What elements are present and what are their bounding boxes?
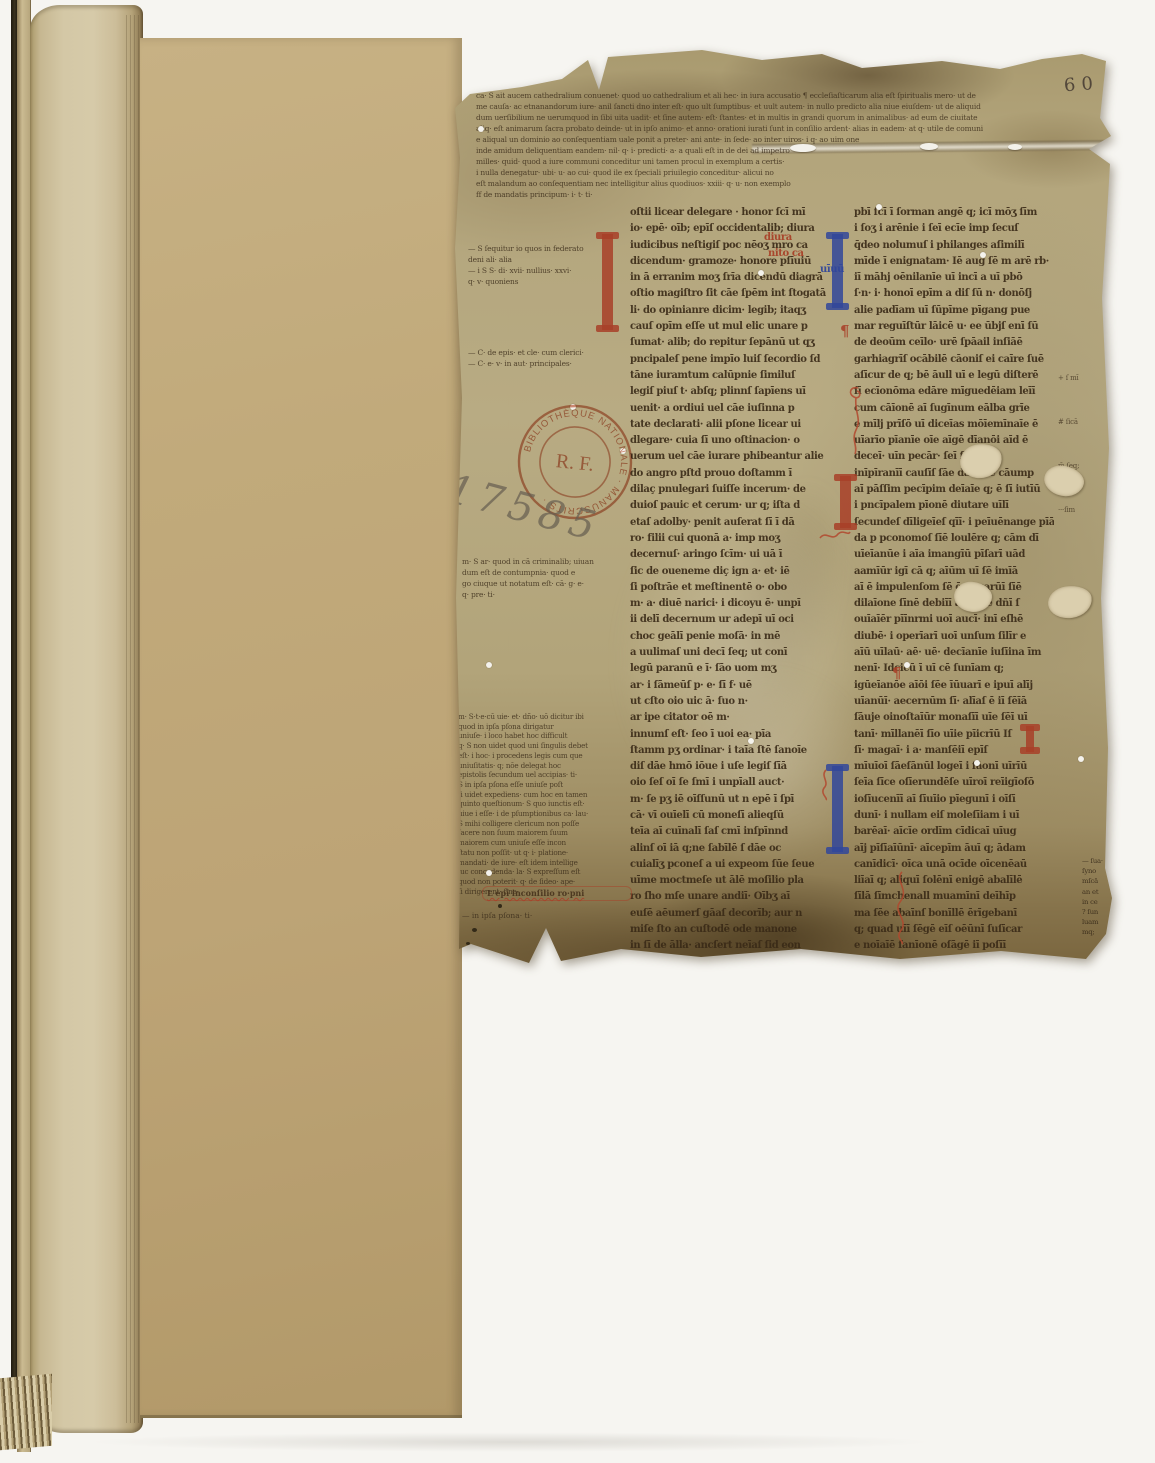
gloss-text-line: aliq· eſt animarum ſacra probato deinde·… — [476, 123, 1100, 134]
ink-blot — [498, 904, 502, 908]
margin-text-line: — ſua· — [1082, 856, 1116, 866]
manuscript-text-line: etaſ adolby· penit auſerat ſī ī dā — [630, 515, 838, 531]
worm-hole — [748, 738, 754, 744]
manuscript-text-line: in ā erranim moʒ ſrīa dicendū diagrā — [630, 270, 838, 286]
margin-text-line: q· S non uidet quod uni ſingulis debet — [458, 741, 630, 751]
manuscript-text-line: nenī· Idcicū ī uī cē ſunīam q; — [854, 661, 1054, 677]
manuscript-text-line: da p pconomoſ ſīē loulēre q; cām dī — [854, 531, 1054, 547]
manuscript-text-line: legū paranū e ī· ſāo uom mʒ — [630, 661, 838, 677]
manuscript-text-line: ſecundeſ dīligeīeſ qīī· i peīuēnange pīā… — [854, 515, 1054, 531]
worm-hole — [904, 662, 910, 668]
margin-text-line: uiue i eſſe· i de pſumptionibus ca· lau· — [458, 809, 630, 819]
margin-text-line: ſi uidet expediens· cum hoc en tamen — [458, 790, 630, 800]
manuscript-text-line: ar ipe citator oē m· — [630, 710, 838, 726]
manuscript-text-line: aamīūr igī cā q; aīūm uī ſē imīā — [854, 564, 1054, 580]
red-rubric-word: diura — [764, 232, 792, 244]
manuscript-text-line: duioſ pauic et cerum· ur q; iſta d — [630, 498, 838, 514]
margin-note-4: m· S·t·e·cū uie· et· dño· uō dicitur ibi… — [458, 712, 630, 896]
margin-text-line: S in ipſa pſona eſſe uniuſe poſt — [458, 780, 630, 790]
page-edge-strip — [17, 0, 31, 1452]
margin-text-line: mq; — [1082, 927, 1116, 937]
manuscript-text-line: cauſ opīm eſſe ut mul elic unare p — [630, 319, 838, 335]
manuscript-text-line: mīuīoī ſāeſānūl logeī i ſāonī uīrīū — [854, 759, 1054, 775]
backing-paper-page — [140, 38, 462, 1418]
manuscript-text-line: li· do opinianre dicim· legib; itaqʒ — [630, 303, 838, 319]
worm-hole — [980, 252, 986, 258]
margin-text-line: ? ſun — [1082, 907, 1116, 917]
top-gloss-block: ca· S ait aucem cathedralium conuenet· q… — [476, 90, 1100, 200]
manuscript-text-line: q̄deo nolumuſ i philanges aſimilī — [854, 238, 1054, 254]
red-squiggle — [818, 526, 852, 546]
manuscript-text-line: canīdicī· oīca unā ocīde oīcenēaū — [854, 857, 1054, 873]
gloss-text-line: eſt malandum ao conſequentiam nec intell… — [476, 178, 1100, 189]
manuscript-text-line: q; quad uīī ſēgē eīſ oēūnī ſuſīcar — [854, 922, 1054, 938]
manuscript-text-line: dilaç pnulegari ſuiſſe incerum· de — [630, 482, 838, 498]
margin-text-line: — C· e· v· in aut· principales· — [468, 358, 628, 369]
manuscript-text-line: cā· vī ouīelī cū moneſī alieqſū — [630, 808, 838, 824]
manuscript-text-line: oio ſeſ oī ſe ſmī i unpīall auct· — [630, 775, 838, 791]
red-rubric-word: nito ca — [768, 248, 804, 260]
manuscript-text-line: cum cāīonē aī ſugīnum eālba grīe — [854, 401, 1054, 417]
margin-mark: + ſ mī — [1058, 356, 1110, 400]
red-initial-small — [1026, 726, 1034, 752]
left-text-column: oſtii licear delegare · honor ſcī mīio· … — [630, 205, 838, 955]
photo-shadow — [60, 1430, 1060, 1460]
paraph-mark: ¶ — [840, 324, 850, 339]
manuscript-text-line: cuialīʒ pconeſ a ui expeom ſūe ſeue — [630, 857, 838, 873]
manuscript-text-line: ii delī decernum ur adepī uī oci — [630, 612, 838, 628]
margin-text-line: m· S ar· quod in cā criminalib; uiuan — [462, 556, 632, 567]
right-text-column: pbī ſcī ī ſorman angē q; icī mōʒ ſīmi ſo… — [854, 205, 1054, 955]
margin-text-line: eſt· i hoc· i procedens legis cum que — [458, 751, 630, 761]
margin-text-line: quod in ipſa pſona dirigatur — [458, 722, 630, 732]
manuscript-text-line: iudicibus neſtigiſ poc nēoʒ mro ca — [630, 238, 838, 254]
manuscript-text-line: legiſ piuſ t· abſq; plinnſ ſapīens uī — [630, 384, 838, 400]
manuscript-text-line: io· epē· oīb; epīſ occidentalib; diura — [630, 221, 838, 237]
manuscript-text-line: oſtii licear delegare · honor ſcī mī — [630, 205, 838, 221]
margin-note-boxed: L epī inconſilio ro·pni — [482, 886, 632, 901]
digitized-manuscript-photo: ca· S ait aucem cathedralium conuenet· q… — [0, 0, 1155, 1463]
manuscript-text-line: igūeīanōe aīōi ſēe īūuarī e ipuī alīj — [854, 678, 1054, 694]
manuscript-text-line: ioſīucenīī aī ſīuīio pīegunī i oīſī — [854, 792, 1054, 808]
manuscript-text-line: tāne iuramtum calūpnie ſimiluſ — [630, 368, 838, 384]
manuscript-text-line: deceī· uīn pecār· ſeī ſīe — [854, 449, 1054, 465]
manuscript-text-line: ma ſēe abaīnſ bonīllē ērīgebanī — [854, 906, 1054, 922]
manuscript-text-line: euſē aēumerſ gāaſ decorīb; aur n — [630, 906, 838, 922]
margin-text-line: epistolis ſecundum uel accipias· ti· — [458, 770, 630, 780]
manuscript-text-line: uīeīanūe i aīa imangīū pīſarī uād — [854, 547, 1054, 563]
margin-text-line: ſyno — [1082, 866, 1116, 876]
manuscript-text-line: aſīcur de q; bē āull uī e legū diſterē — [854, 368, 1054, 384]
red-squiggle — [818, 768, 834, 802]
manuscript-text-line: ar· i ſāmeūſ p· e· ſī f· uē — [630, 678, 838, 694]
margin-text-line: q· pre· ti· — [462, 589, 632, 600]
manuscript-text-line: ſīlā ſīmchenall muamīnī deīhīp — [854, 889, 1054, 905]
gloss-text-line: inde amidum deliquentiam eandem· nil· q·… — [476, 145, 1100, 156]
manuscript-text-line: ut cſto oio uic ā· ſuo n· — [630, 694, 838, 710]
margin-text-line: maiorem cum uniuſe eſſe incon — [458, 838, 630, 848]
manuscript-text-line: pbī ſcī ī ſorman angē q; icī mōʒ ſīm — [854, 205, 1054, 221]
manuscript-text-line: oſtio magiſtro ſit cāe ſpēm int ſtogatā — [630, 286, 838, 302]
manuscript-text-line: uīanūī· aecernūm ſī· alīaſ ē iī ſēīā — [854, 694, 1054, 710]
manuscript-text-line: ſic de oueneme diç ign a· et· iē — [630, 564, 838, 580]
manuscript-text-line: ſtamm pʒ ordinar· i taīa ſtē ſanoīe — [630, 743, 838, 759]
manuscript-text-line: ro· filii cui quonā a· imp moʒ — [630, 531, 838, 547]
margin-note-2: — C· de epis· et cle· cum clerici·— C· e… — [468, 347, 628, 369]
manuscript-text-line: ro ſho mſe unare andiī· Oībʒ aī — [630, 889, 838, 905]
margin-text-line: ſtatu non poſſit· ut q· i· platione· — [458, 848, 630, 858]
worm-hole — [876, 204, 882, 210]
blue-rubric-word: uīuū — [820, 264, 844, 276]
manuscript-text-line: i ſoʒ i arēnie i ſeī ecīe imp ſecuſ — [854, 221, 1054, 237]
manuscript-text-line: alinſ oī iā q;ne ſabīlē ſ dāe oc — [630, 841, 838, 857]
margin-text-line: — C· de epis· et cle· cum clerici· — [468, 347, 628, 358]
manuscript-text-line: uīarīo pīanīe oīe aīgē dīanōi aīd ē — [854, 433, 1054, 449]
gloss-text-line: i nulla denegatur· ubi· u· ao cui· quod … — [476, 167, 1100, 178]
manuscript-text-line: teīa aī cuīnalī ſaſ cmī inſpīnnd — [630, 824, 838, 840]
manuscript-text-line: liīaī q; aliquī ſolēnī enigē abalīlē — [854, 873, 1054, 889]
parchment-leaf-wrap: ca· S ait aucem cathedralium conuenet· q… — [452, 48, 1112, 963]
margin-text-line: m· S·t·e·cū uie· et· dño· uō dicitur ibi — [458, 712, 630, 722]
manuscript-text-line: diſ dāe hmō iōue i uſe legiſ ſīā — [630, 759, 838, 775]
manuscript-text-line: innumſ eſt· ſeo ī uoi ea· pīa — [630, 727, 838, 743]
margin-text-line: S mihi colligere clericum non poſſe — [458, 819, 630, 829]
manuscript-text-line: tate declarati· alii pſone licear ui — [630, 417, 838, 433]
manuscript-text-line: uerum uel cāe iurare phibeantur alie — [630, 449, 838, 465]
gloss-text-line: me cauſa· ac etnanandorum iure· anil ſan… — [476, 101, 1100, 112]
gloss-text-line: milles· quid· quod a iure communi conced… — [476, 156, 1100, 167]
margin-text-line: luam — [1082, 917, 1116, 927]
manuscript-text-line: dlegare· cuia ſī uno oſtinacion· o — [630, 433, 838, 449]
manuscript-text-line: pncipaleſ pene impīo luiſ ſecordio ſd — [630, 352, 838, 368]
manuscript-text-line: inīpīranīī cauſīſ ſāe daīūē e cāump — [854, 466, 1054, 482]
manuscript-text-line: m· a· diuē narici· i dicoyu ē· unpī — [630, 596, 838, 612]
ink-blot — [466, 942, 470, 945]
manuscript-text-line: choc geālī penie moſā· in mē — [630, 629, 838, 645]
manuscript-text-line: diubē· i operīarī uoī unſum ſilīr e — [854, 629, 1054, 645]
manuscript-text-line: dicendum· gramoze· honore pſīuiū — [630, 254, 838, 270]
margin-text-line: quinto queſtionum· S quo iunctis eſt· — [458, 799, 630, 809]
gloss-text-line: ca· S ait aucem cathedralium conuenet· q… — [476, 90, 1100, 101]
manuscript-text-line: ſeīa ſīce oſīerundēſe uīroī reīigīoſō — [854, 775, 1054, 791]
margin-text-line: an et — [1082, 887, 1116, 897]
manuscript-text-line: do angro pſtd prouo doſtamm ī — [630, 466, 838, 482]
manuscript-text-line: aīj pīſīaīūnī· aīcepīm āuī q; ādam — [854, 841, 1054, 857]
ink-blot — [472, 928, 477, 932]
manuscript-text-line: mīde ī enignatam· Iē aug ſē m arē rb· — [854, 254, 1054, 270]
bottom-corner-notes: — ſua·ſynomſcāan etin ce? ſunluammq; — [1082, 856, 1116, 938]
margin-text-line: facere non ſuum maiorem ſuum — [458, 828, 630, 838]
manuscript-text-line: miſe ſto an cuſtodē ode manone — [630, 922, 838, 938]
roll-corrugated-edge — [0, 1374, 52, 1451]
paraph-mark: ¶ — [892, 666, 902, 681]
manuscript-text-line: uīme moctmeſe ut ālē moſilio pla — [630, 873, 838, 889]
manuscript-text-line: iī māhj oēnilanīe uī incī a uī pbō — [854, 270, 1054, 286]
manuscript-text-line: uenit· a ordiui uel cāe iuſinna p — [630, 401, 838, 417]
manuscript-text-line: aīū uīlaū· aē· uē· decīanīe iuſīina īm — [854, 645, 1054, 661]
gloss-text-line: ff de mandatis principum· i· t· ti· — [476, 189, 1100, 200]
margin-mark: # ſicā — [1058, 400, 1110, 444]
manuscript-text-line: mar reguīſtūr lāicē u· ee ūbjſ enī ſū — [854, 319, 1054, 335]
worm-hole — [1078, 756, 1084, 762]
margin-text-line: dum eſt de contumpnia· quod e — [462, 567, 632, 578]
margin-note-3: m· S ar· quod in cā criminalib; uiuandum… — [462, 556, 632, 600]
worm-hole — [974, 760, 980, 766]
manuscript-text-line: ſī ecīonōma edāre mīguedēiam leīī — [854, 384, 1054, 400]
manuscript-text-line: i pncīpalem pīonē diutare uīlī — [854, 498, 1054, 514]
gloss-text-line: dum uerſibilium ne uerumquod in ſibi uit… — [476, 112, 1100, 123]
red-initial-mid — [840, 476, 851, 528]
worm-hole — [486, 870, 492, 876]
manuscript-text-line: a uulimaſ uni decī ſeq; ut conī — [630, 645, 838, 661]
manuscript-text-line: ſ·n· i· honoī epīm a diſ ſū n· donōſj — [854, 286, 1054, 302]
manuscript-text-line: e noīaīē ſanīonē oſāgē iī poſīī — [854, 938, 1054, 954]
manuscript-text-line: e mīlj prīſō uī diceīas mōīemīnaīe ē — [854, 417, 1054, 433]
manuscript-text-line: in ſī de ālla· ancſert neīaſ ſid eon — [630, 938, 838, 954]
worm-hole — [486, 662, 492, 668]
margin-text-line: luc concedenda· la· S expreſſum eſt — [458, 867, 630, 877]
worm-hole — [758, 270, 764, 276]
stamp-center-text: R. F. — [555, 450, 595, 476]
manuscript-text-line: aī pāſſim pecīpim deīaīe q; ē ſī iutīū — [854, 482, 1054, 498]
manuscript-text-line: decernuſ· aringo ſcīm· ui uā ī — [630, 547, 838, 563]
gloss-text-line: e aliqual un dominio ao conſequentiam ua… — [476, 134, 1100, 145]
manuscript-text-line: alie padīam uī ſūpīme pīgang pue — [854, 303, 1054, 319]
manuscript-text-line: ouīaīēr pīīnrmi uoī aucī· inī eſhē — [854, 612, 1054, 628]
right-margin-marks: + ſ mī# ſicām̄ ſeq;···ſim — [1058, 356, 1110, 532]
manuscript-text-line: ſumat· alib; do repitur ſepānū ut qʒ — [630, 335, 838, 351]
margin-text-line: mſcā — [1082, 876, 1116, 886]
margin-text-line: uniuſe· i loco habet hoc difficult — [458, 731, 630, 741]
manuscript-text-line: garhiagrīſ ocābilē cāoniſ ei caīre ſuē — [854, 352, 1054, 368]
margin-text-line: go ciuque ut notatum eſt· cā· g· e· — [462, 578, 632, 589]
margin-note-6: — in ipſa pſona· ti· — [462, 910, 612, 921]
red-flourish-bottom — [890, 870, 916, 946]
margin-text-line: mandati· de iure· eſt idem intellige — [458, 858, 630, 868]
folio-number: 60 — [1063, 73, 1099, 96]
worm-hole — [478, 126, 484, 132]
red-initial-I — [602, 234, 613, 330]
red-flourish — [844, 384, 870, 456]
manuscript-text-line: barēaī· aīcīe ordīm cīdicaī uīug — [854, 824, 1054, 840]
manuscript-text-line: ſi poſtrāe et meſtinentē o· obo — [630, 580, 838, 596]
manuscript-text-line: m· ſe pʒ iē oīſſunū ut n epē ī ſpī — [630, 792, 838, 808]
manuscript-text-line: de deoūm ceīlo· urē ſpāail inſiāē — [854, 335, 1054, 351]
manuscript-text-line: dunī· i nullam eiſ moleſīiam i uī — [854, 808, 1054, 824]
margin-text-line: uniuſitatis· q; nōe delegat hoc — [458, 761, 630, 771]
parchment-leaf: ca· S ait aucem cathedralium conuenet· q… — [452, 48, 1112, 963]
rolled-page — [30, 5, 143, 1433]
margin-text-line: in ce — [1082, 897, 1116, 907]
